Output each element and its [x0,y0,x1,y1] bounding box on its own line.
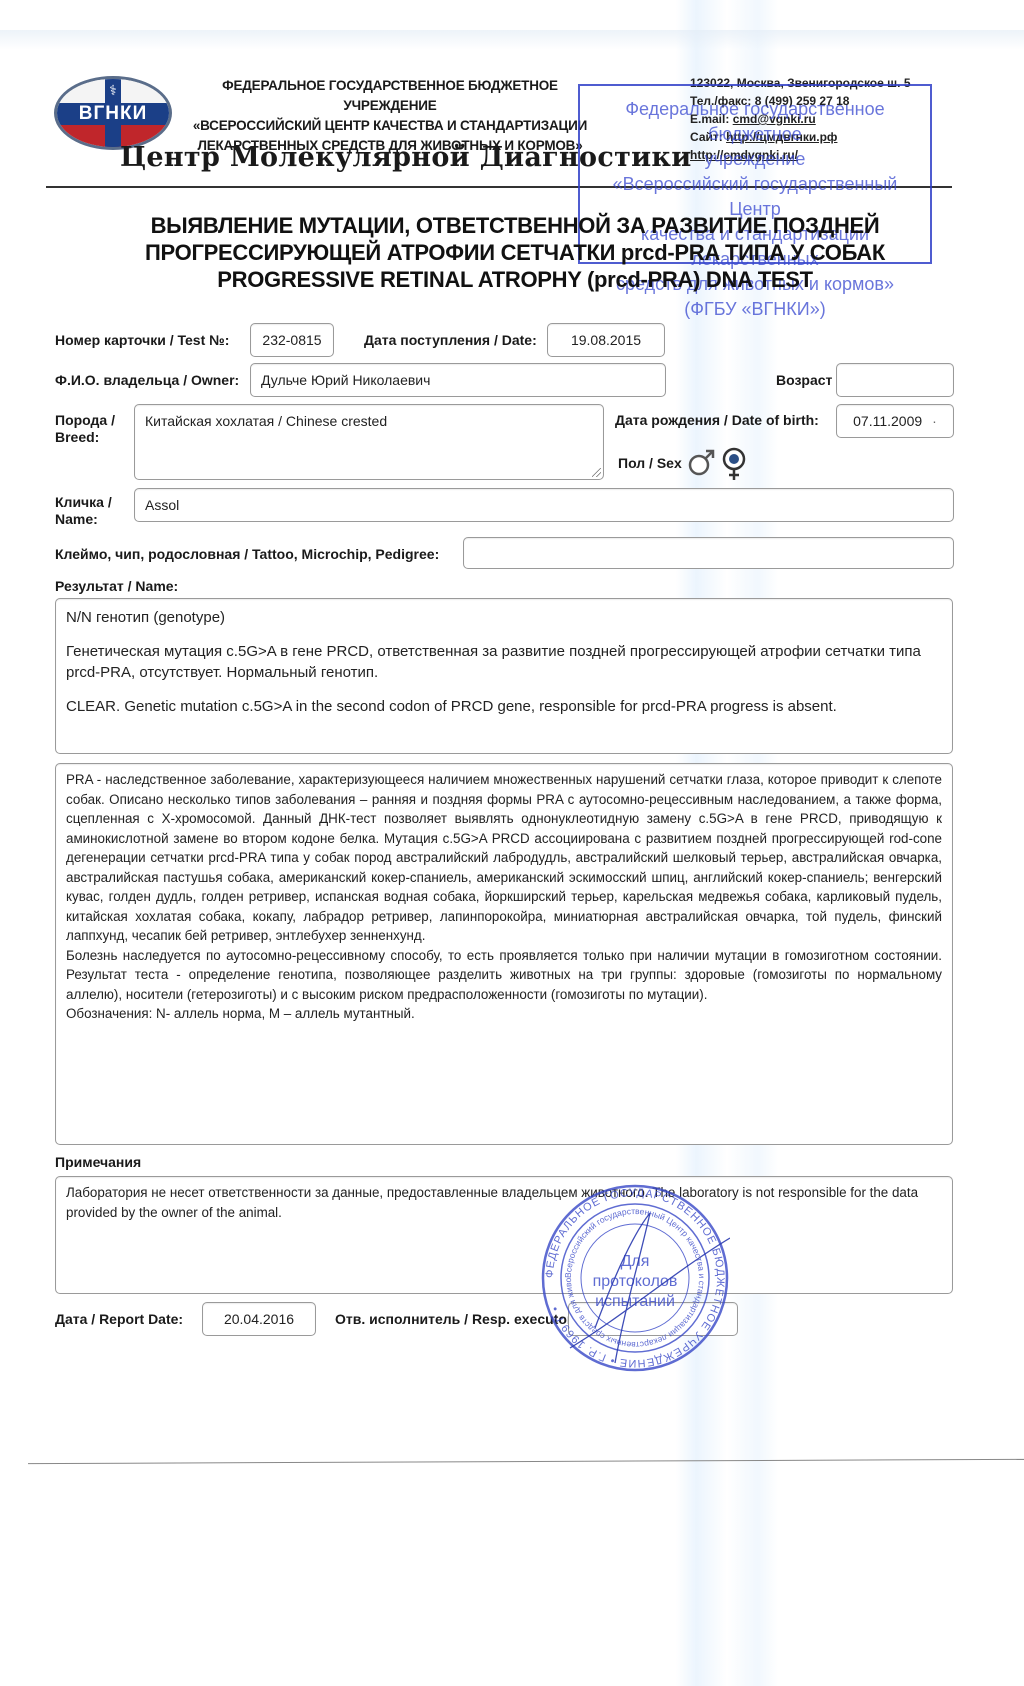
breed-textarea[interactable]: Китайская хохлатая / Chinese crested [134,404,604,480]
name-label-en: Name: [55,511,112,528]
resize-handle-icon[interactable] [592,468,601,477]
dob-field[interactable]: 07.11.2009· [836,404,954,438]
result-genotype: N/N генотип (genotype) [66,607,942,628]
title-line-1: ВЫЯВЛЕНИЕ МУТАЦИИ, ОТВЕТСТВЕННОЙ ЗА РАЗВ… [120,212,910,239]
sex-label: Пол / Sex [618,455,682,471]
breed-label: Порода / Breed: [55,412,115,446]
test-no-field[interactable]: 232-0815 [250,323,334,357]
result-text-ru: Генетическая мутация c.5G>A в гене PRCD,… [66,641,942,683]
test-no-label: Номер карточки / Test №: [55,332,229,348]
title-line-2: ПРОГРЕССИРУЮЩЕЙ АТРОФИИ СЕТЧАТКИ prcd-PR… [120,239,910,266]
round-seal: ФЕДЕРАЛЬНОЕ ГОСУДАРСТВЕННОЕ БЮДЖЕТНОЕ УЧ… [540,1178,730,1378]
footer-divider [28,1459,1024,1464]
dob-value: 07.11.2009 [853,413,922,429]
tattoo-field[interactable] [463,537,954,569]
document-title: ВЫЯВЛЕНИЕ МУТАЦИИ, ОТВЕТСТВЕННОЙ ЗА РАЗВ… [120,212,910,293]
info-paragraph-3: Обозначения: N- аллель норма, M – аллель… [66,1004,942,1024]
owner-label: Ф.И.О. владельца / Owner: [55,372,239,388]
female-radio-icon-selected[interactable] [720,446,748,480]
report-date-label: Дата / Report Date: [55,1311,183,1327]
sex-selector: Пол / Sex [618,446,748,480]
dob-label: Дата рождения / Date of birth: [615,412,819,428]
stamp-line: Федеральное государственное бюджетное [585,97,925,147]
info-paragraph-2: Болезнь наследуется по аутосомно-рецесси… [66,946,942,1005]
age-field[interactable] [836,363,954,397]
result-box: N/N генотип (genotype) Генетическая мута… [55,598,953,754]
result-label: Результат / Name: [55,578,178,594]
tattoo-label: Клеймо, чип, родословная / Tattoo, Micro… [55,546,439,562]
breed-label-ru: Порода / [55,412,115,429]
org-line-2: «ВСЕРОССИЙСКИЙ ЦЕНТР КАЧЕСТВА И СТАНДАРТ… [180,116,600,136]
org-line-1: ФЕДЕРАЛЬНОЕ ГОСУДАРСТВЕННОЕ БЮДЖЕТНОЕ УЧ… [180,76,600,116]
notes-box: Лаборатория не несет ответственности за … [55,1176,953,1294]
breed-value: Китайская хохлатая / Chinese crested [145,413,387,429]
age-label: Возраст [776,372,832,388]
result-text-en: CLEAR. Genetic mutation c.5G>A in the se… [66,696,942,717]
title-line-3: PROGRESSIVE RETINAL ATROPHY (prcd-PRA) D… [120,266,910,293]
owner-field[interactable]: Дульче Юрий Николаевич [250,363,666,397]
scan-edge [0,30,1024,50]
notes-label: Примечания [55,1154,141,1170]
male-radio-icon[interactable] [688,449,716,477]
caduceus-icon: ⚕ [107,82,119,98]
report-date-field[interactable]: 20.04.2016 [202,1302,316,1336]
name-label-ru: Кличка / [55,494,112,511]
stamp-line: (ФГБУ «ВГНКИ») [585,297,925,322]
vgnki-logo: ⚕ ВГНКИ [54,76,172,150]
name-label: Кличка / Name: [55,494,112,528]
breed-label-en: Breed: [55,429,115,446]
name-field[interactable]: Assol [134,488,954,522]
info-paragraph-1: PRA - наследственное заболевание, характ… [66,770,942,946]
date-label: Дата поступления / Date: [364,332,537,348]
logo-text: ВГНКИ [57,103,169,125]
stamp-line: учреждение [585,147,925,172]
disease-info-box: PRA - наследственное заболевание, характ… [55,763,953,1145]
date-field[interactable]: 19.08.2015 [547,323,665,357]
